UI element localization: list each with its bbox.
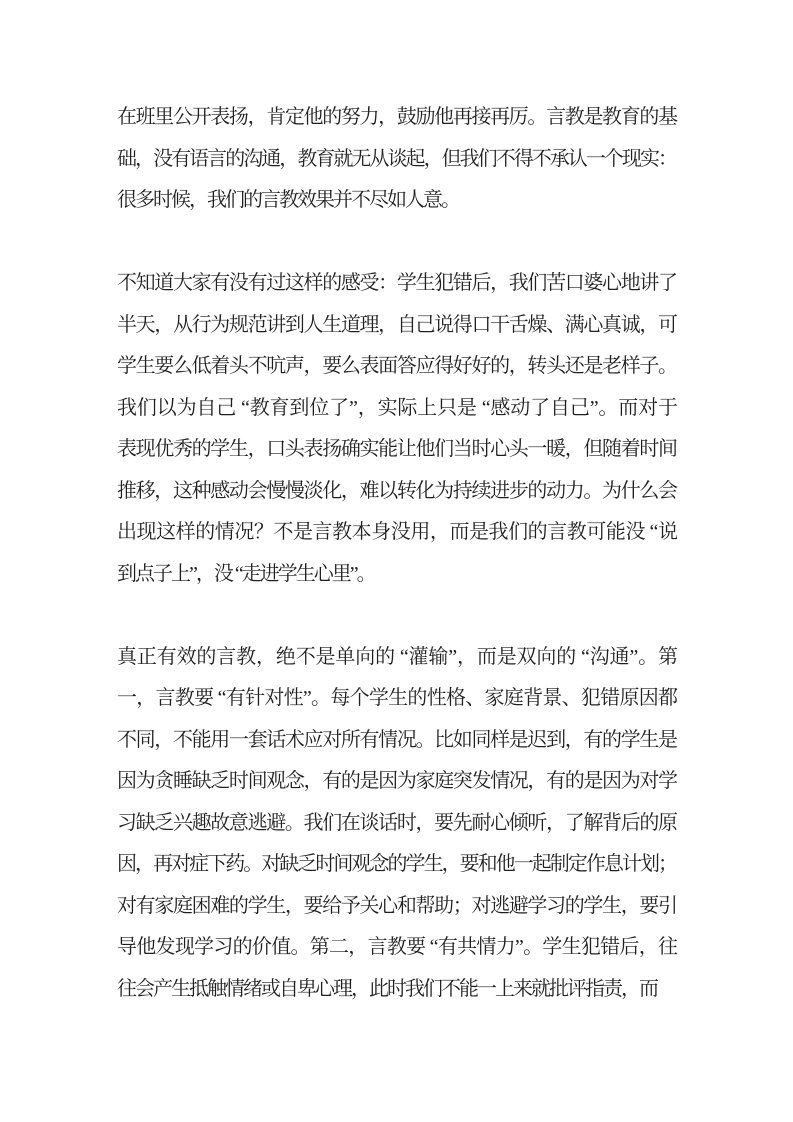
text-line: 推移，这种感动会慢慢淡化，难以转化为持续进步的动力。为什么会 <box>117 471 676 513</box>
text-line: 半天，从行为规范讲到人生道理，自己说得口干舌燥、满心真诚，可 <box>117 305 676 347</box>
text-line: 学生要么低着头不吭声，要么表面答应得好好的，转头还是老样子。 <box>117 346 676 388</box>
text-line: 很多时候，我们的言教效果并不尽如人意。 <box>117 180 676 222</box>
text-line: 导他发现学习的价值。第二，言教要 “有共情力”。学生犯错后，往 <box>117 927 676 969</box>
text-line: 我们以为自己 “教育到位了”，实际上只是 “感动了自己”。而对于 <box>117 388 676 430</box>
text-line: 对有家庭困难的学生，要给予关心和帮助；对逃避学习的学生，要引 <box>117 886 676 928</box>
text-line: 不同，不能用一套话术应对所有情况。比如同样是迟到，有的学生是 <box>117 720 676 762</box>
text-line: 表现优秀的学生，口头表扬确实能让他们当时心头一暖，但随着时间 <box>117 429 676 471</box>
text-line: 出现这样的情况？不是言教本身没用，而是我们的言教可能没 “说 <box>117 512 676 554</box>
text-line: 往会产生抵触情绪或自卑心理，此时我们不能一上来就批评指责，而 <box>117 969 676 1011</box>
paragraph: 真正有效的言教，绝不是单向的 “灌输”，而是双向的 “沟通”。第一，言教要 “有… <box>117 637 676 1011</box>
text-line: 不知道大家有没有过这样的感受：学生犯错后，我们苦口婆心地讲了 <box>117 263 676 305</box>
text-line: 础，没有语言的沟通，教育就无从谈起，但我们不得不承认一个现实： <box>117 139 676 181</box>
text-line: 到点子上”，没 “走进学生心里”。 <box>117 554 676 596</box>
text-line: 一，言教要 “有针对性”。每个学生的性格、家庭背景、犯错原因都 <box>117 678 676 720</box>
text-line: 习缺乏兴趣故意逃避。我们在谈话时，要先耐心倾听，了解背后的原 <box>117 803 676 845</box>
text-line: 在班里公开表扬，肯定他的努力，鼓励他再接再厉。言教是教育的基 <box>117 97 676 139</box>
text-line: 真正有效的言教，绝不是单向的 “灌输”，而是双向的 “沟通”。第 <box>117 637 676 679</box>
document-page: 在班里公开表扬，肯定他的努力，鼓励他再接再厉。言教是教育的基础，没有语言的沟通，… <box>0 0 793 1122</box>
document-text-block: 在班里公开表扬，肯定他的努力，鼓励他再接再厉。言教是教育的基础，没有语言的沟通，… <box>117 97 676 1010</box>
text-line: 因为贪睡缺乏时间观念，有的是因为家庭突发情况，有的是因为对学 <box>117 761 676 803</box>
paragraph: 在班里公开表扬，肯定他的努力，鼓励他再接再厉。言教是教育的基础，没有语言的沟通，… <box>117 97 676 222</box>
paragraph: 不知道大家有没有过这样的感受：学生犯错后，我们苦口婆心地讲了半天，从行为规范讲到… <box>117 263 676 595</box>
text-line: 因，再对症下药。对缺乏时间观念的学生，要和他一起制定作息计划； <box>117 844 676 886</box>
